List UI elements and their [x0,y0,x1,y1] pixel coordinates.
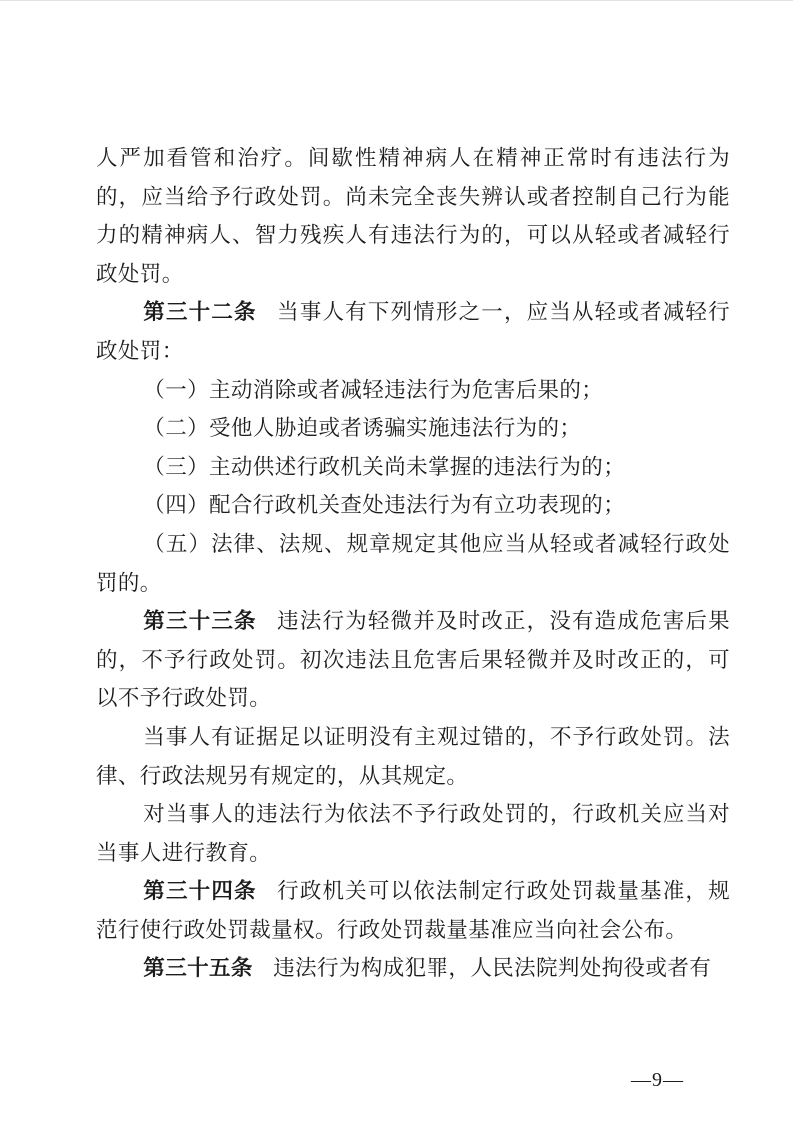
page-number: —9— [631,1069,684,1092]
article-number: 第三十二条 [143,300,256,324]
list-item-paragraph: （三）主动供述行政机关尚未掌握的违法行为的； [96,448,730,487]
list-item-paragraph: （四）配合行政机关查处违法行为有立功表现的； [96,486,730,525]
article-number: 第三十五条 [143,956,253,980]
paragraph-text: （一）主动消除或者减轻违法行为危害后果的； [143,378,603,402]
paragraph-text: 违法行为构成犯罪，人民法院判处拘役或者有 [273,956,711,980]
paragraph-text: 人严加看管和治疗。间歇性精神病人在精神正常时有违法行为的，应当给予行政处罚。尚未… [96,146,730,286]
article-paragraph: 第三十四条行政机关可以依法制定行政处罚裁量基准，规范行使行政处罚裁量权。行政处罚… [96,872,730,949]
document-body: 人严加看管和治疗。间歇性精神病人在精神正常时有违法行为的，应当给予行政处罚。尚未… [96,139,730,988]
paragraph-text: （四）配合行政机关查处违法行为有立功表现的； [143,493,625,517]
article-paragraph: 第三十二条当事人有下列情形之一，应当从轻或者减轻行政处罚： [96,293,730,370]
paragraph: 对当事人的违法行为依法不予行政处罚的，行政机关应当对当事人进行教育。 [96,795,730,872]
document-page: 人严加看管和治疗。间歇性精神病人在精神正常时有违法行为的，应当给予行政处罚。尚未… [0,0,793,1122]
article-number: 第三十四条 [143,879,256,903]
list-item-paragraph: （一）主动消除或者减轻违法行为危害后果的； [96,371,730,410]
article-paragraph: 第三十五条违法行为构成犯罪，人民法院判处拘役或者有 [96,949,730,988]
list-item-paragraph: （五）法律、法规、规章规定其他应当从轻或者减轻行政处罚的。 [96,525,730,602]
scan-edge-artifact [0,0,793,1]
paragraph-text: （五）法律、法规、规章规定其他应当从轻或者减轻行政处罚的。 [96,532,730,595]
paragraph: 当事人有证据足以证明没有主观过错的，不予行政处罚。法律、行政法规另有规定的，从其… [96,718,730,795]
list-item-paragraph: （二）受他人胁迫或者诱骗实施违法行为的； [96,409,730,448]
paragraph-text: （三）主动供述行政机关尚未掌握的违法行为的； [143,455,625,479]
paragraph-text: （二）受他人胁迫或者诱骗实施违法行为的； [143,416,581,440]
continuation-paragraph: 人严加看管和治疗。间歇性精神病人在精神正常时有违法行为的，应当给予行政处罚。尚未… [96,139,730,293]
paragraph-text: 当事人有证据足以证明没有主观过错的，不予行政处罚。法律、行政法规另有规定的，从其… [96,725,730,788]
paragraph-text: 对当事人的违法行为依法不予行政处罚的，行政机关应当对当事人进行教育。 [96,802,730,865]
article-paragraph: 第三十三条违法行为轻微并及时改正，没有造成危害后果的，不予行政处罚。初次违法且危… [96,602,730,718]
article-number: 第三十三条 [143,609,256,633]
